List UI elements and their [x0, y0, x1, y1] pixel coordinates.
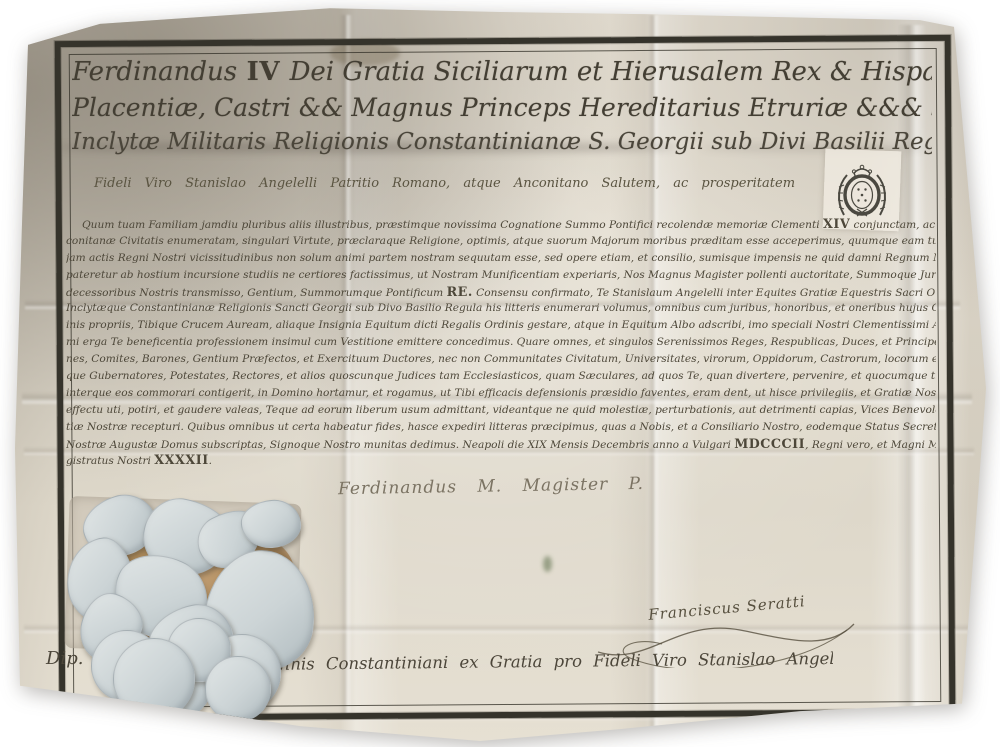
salutation-line: Fideli Viro Stanislao Angelelli Patritio…: [94, 176, 834, 191]
body-line: Nostræ Augustæ Domus subscriptas, Signoq…: [66, 436, 936, 453]
body-line: effectu uti, potiri, et gaudere valeas, …: [66, 402, 936, 419]
body-line: inis propriis, Tibique Crucem Auream, al…: [66, 317, 936, 334]
body-line: mi erga Te beneficentia professionem ins…: [66, 334, 936, 351]
body-line: gistratus Nostri XXXXII.: [66, 452, 936, 469]
header-line: Placentiæ, Castri && Magnus Princeps Her…: [72, 90, 932, 125]
body-line: interque eos commorari contigerit, in Do…: [66, 385, 936, 402]
body-line: conitanæ Civitatis enumeratam, singulari…: [66, 233, 936, 250]
parchment-sheet: Ferdinandus IV Dei Gratia Siciliarum et …: [0, 0, 1000, 747]
body-line: Inclytæque Constantinianæ Religionis San…: [66, 300, 936, 317]
document-body: Quum tuam Familiam jamdiu pluribus aliis…: [66, 216, 936, 469]
parchment-sheet-wrapper: Ferdinandus IV Dei Gratia Siciliarum et …: [0, 0, 1000, 747]
body-line: que Gubernatores, Potestates, Rectores, …: [66, 368, 936, 385]
body-line: Quum tuam Familiam jamdiu pluribus aliis…: [66, 216, 936, 233]
royal-arms-stamp-icon: [832, 158, 892, 222]
body-line: decessoribus Nostris transmisso, Gentium…: [66, 284, 936, 301]
document-heading: Ferdinandus IV Dei Gratia Siciliarum et …: [72, 54, 932, 159]
body-line: pateretur ab hostium incursione studiis …: [66, 267, 936, 284]
photograph-backdrop: Ferdinandus IV Dei Gratia Siciliarum et …: [0, 0, 1000, 747]
seal-fragment: [113, 638, 195, 720]
papered-wax-seal: [55, 498, 355, 722]
header-line: Ferdinandus IV Dei Gratia Siciliarum et …: [72, 54, 932, 90]
body-line: nes, Comites, Barones, Gentium Præfectos…: [66, 351, 936, 368]
body-line: jam actis Regni Nostri vicissitudinibus …: [66, 250, 936, 267]
header-line: Inclytæ Militaris Religionis Constantini…: [72, 125, 932, 159]
body-line: tiæ Nostræ recepturi. Quibus omnibus ut …: [66, 419, 936, 436]
seal-fragment: [205, 656, 271, 722]
